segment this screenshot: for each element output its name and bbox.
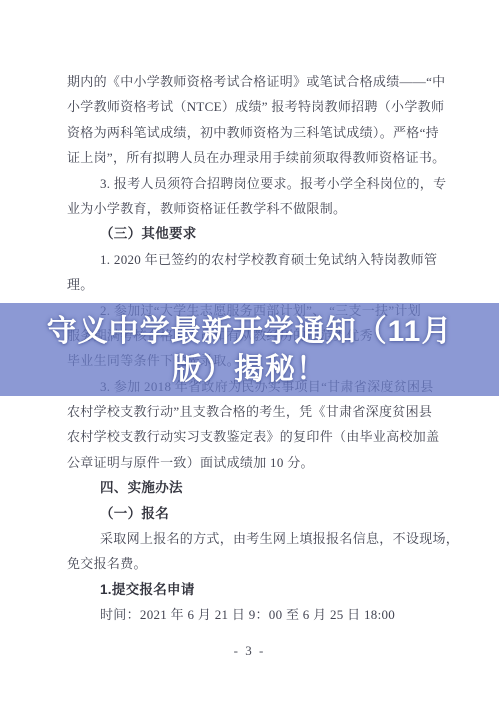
section-heading-submit-application: 1.提交报名申请 (67, 577, 443, 602)
text-line: 免交报名费。 (67, 551, 443, 576)
banner-title-line-2: 版）揭秘！ (0, 351, 499, 389)
text-line: 业为小学教育，教师资格证任教学科不做限制。 (67, 196, 443, 221)
banner-title-line-1: 守义中学最新开学通知（11月 (0, 313, 499, 351)
text-line: 农村学校支教行动”且支教合格的考生，凭《甘肃省深度贫困县 (67, 399, 443, 424)
text-line: 理。 (67, 272, 443, 297)
text-line: 公章证明与原件一致）面试成绩加 10 分。 (67, 450, 443, 475)
text-line: 3. 报考人员须符合招聘岗位要求。报考小学全科岗位的，专 (67, 171, 443, 196)
text-line: 资格为两科笔试成绩，初中教师资格为三科笔试成绩）。严格“持 (67, 120, 443, 145)
document-page: 期内的《中小学教师资格考试合格证明》或笔试合格成绩——“中 小学教师资格考试（N… (0, 0, 499, 706)
text-line: 农村学校支教行动实习支教鉴定表》的复印件（由毕业高校加盖 (67, 424, 443, 449)
section-heading-other-requirements: （三）其他要求 (67, 221, 443, 246)
banner-title: 守义中学最新开学通知（11月 版）揭秘！ (0, 313, 499, 389)
text-line: 采取网上报名的方式，由考生网上填报报名信息，不设现场， (67, 526, 443, 551)
overlay-banner: 守义中学最新开学通知（11月 版）揭秘！ (0, 303, 499, 396)
section-heading-registration: （一）报名 (67, 501, 443, 526)
text-line: 期内的《中小学教师资格考试合格证明》或笔试合格成绩——“中 (67, 69, 443, 94)
section-heading-implementation: 四、实施办法 (67, 475, 443, 500)
text-line: 1. 2020 年已签约的农村学校教育硕士免试纳入特岗教师管 (67, 247, 443, 272)
page-number: - 3 - (0, 643, 499, 659)
text-line: 小学教师资格考试（NTCE）成绩” 报考特岗教师招聘（小学教师 (67, 94, 443, 119)
text-line: 证上岗”，所有拟聘人员在办理录用手续前须取得教师资格证书。 (67, 145, 443, 170)
text-line-datetime: 时间：2021 年 6 月 21 日 9：00 至 6 月 25 日 18:00 (67, 602, 443, 627)
